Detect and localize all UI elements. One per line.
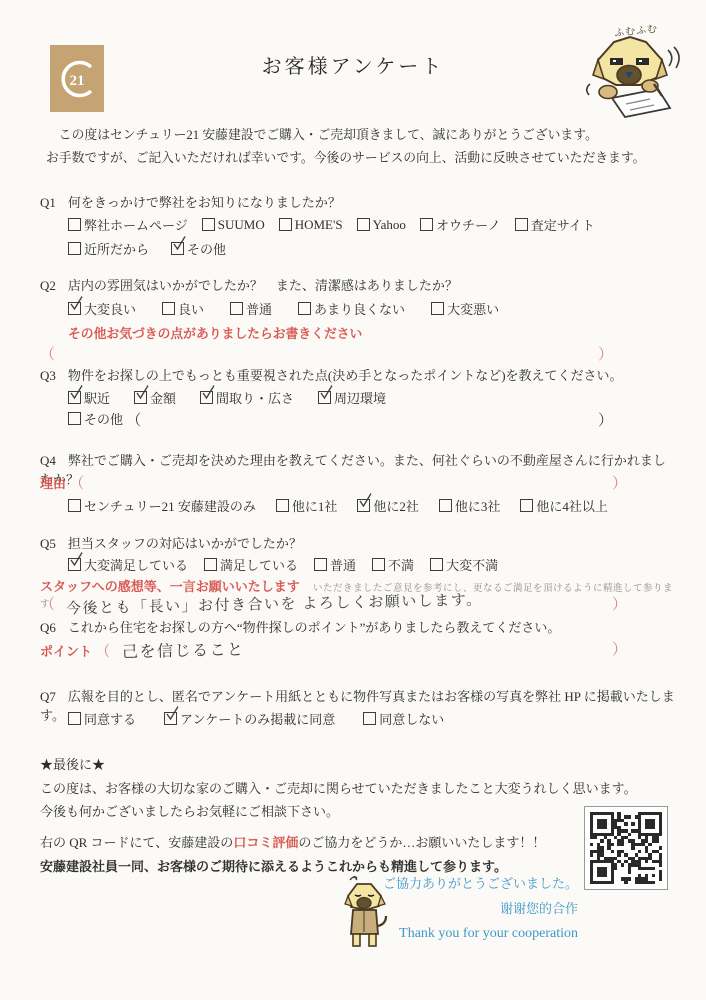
intro-paragraph: この度はセンチュリー21 安藤建設でご購入・ご売却頂きまして、誠にありがとうござ… xyxy=(46,124,666,170)
q2-answer-field[interactable]: （ ） xyxy=(40,343,676,364)
option-良い[interactable]: 良い xyxy=(162,299,204,318)
q4-reason-label: 理由 xyxy=(40,476,66,491)
checkbox[interactable] xyxy=(363,712,376,725)
checkbox[interactable] xyxy=(202,218,215,231)
option-label: 他に2社 xyxy=(373,496,419,515)
option-その他[interactable]: その他 xyxy=(171,239,226,258)
option-label: 同意する xyxy=(84,709,136,728)
check-mark xyxy=(200,384,217,401)
q6-number: Q6 xyxy=(40,620,56,635)
q3-other-field[interactable]: その他 （ ） xyxy=(40,409,676,430)
q6-paren-close: ） xyxy=(612,638,627,659)
option-駅近[interactable]: 駅近 xyxy=(68,388,110,407)
q5-number: Q5 xyxy=(40,536,56,551)
option-その他[interactable]: その他 xyxy=(68,409,123,428)
option-label: その他 xyxy=(84,409,123,428)
q5-answer-field[interactable]: （ 今後とも「長い」お付き合いを よろしくお願いします。 ） xyxy=(40,593,676,614)
checkbox[interactable] xyxy=(68,242,81,255)
option-label: 満足している xyxy=(220,555,298,574)
q4-reason-field[interactable]: 理由 （ ） xyxy=(40,472,676,493)
q3-text: 物件をお探しの上でもっとも重要視された点(決め手となったポイントなど)を教えてく… xyxy=(68,368,623,383)
checkbox-checked[interactable] xyxy=(134,391,147,404)
checkbox[interactable] xyxy=(279,218,292,231)
q2-number: Q2 xyxy=(40,278,56,293)
q5-note-red: スタッフへの感想等、一言お願いいたします xyxy=(40,579,300,594)
q4-number: Q4 xyxy=(40,453,56,468)
option-普通[interactable]: 普通 xyxy=(230,299,272,318)
checkbox[interactable] xyxy=(314,558,327,571)
checkbox[interactable] xyxy=(298,302,311,315)
survey-sheet: 21 お客様アンケート ふむふむ この度はセンチュリー21 安 xyxy=(0,0,706,1000)
checkbox[interactable] xyxy=(162,302,175,315)
checkbox[interactable] xyxy=(68,412,81,425)
q6-paren-open: （ xyxy=(95,644,110,660)
q2-options-row: 大変良い良い普通あまり良くない大変悪い xyxy=(40,299,676,318)
option-label: HOME'S xyxy=(295,217,343,233)
q3-options-row1: 駅近金額間取り・広さ周辺環境 xyxy=(40,388,676,407)
option-label: 他に1社 xyxy=(292,496,338,515)
checkbox[interactable] xyxy=(357,218,370,231)
check-mark xyxy=(318,384,335,401)
q3-options-row2: その他 xyxy=(68,409,123,428)
checkbox-checked[interactable] xyxy=(164,712,177,725)
option-近所だから[interactable]: 近所だから xyxy=(68,239,149,258)
option-label: 不満 xyxy=(388,555,414,574)
checkbox[interactable] xyxy=(68,499,81,512)
option-label: 良い xyxy=(178,299,204,318)
q2-paren-close: ） xyxy=(598,343,613,364)
option-金額[interactable]: 金額 xyxy=(134,388,176,407)
q4-paren-open: （ xyxy=(69,476,84,492)
checkbox-checked[interactable] xyxy=(68,558,81,571)
checkbox[interactable] xyxy=(204,558,217,571)
option-label: 大変満足している xyxy=(84,555,188,574)
dog-standing-icon xyxy=(340,874,392,952)
option-label: 他に4社以上 xyxy=(536,496,608,515)
closing-line-2: 今後も何かございましたらお気軽にご相談下さい。 xyxy=(40,800,676,824)
thanks-chinese: 谢谢您的合作 xyxy=(360,896,578,921)
q2-text: 店内の雰囲気はいかがでしたか？ また、清潔感はありましたか？ xyxy=(68,278,458,293)
option-label: センチュリー21 安藤建設のみ xyxy=(84,496,256,515)
thanks-block: ご協力ありがとうございました。 谢谢您的合作 Thank you for you… xyxy=(360,871,578,946)
option-他に2社[interactable]: 他に2社 xyxy=(357,496,419,515)
qr-line-highlight: 口コミ評価 xyxy=(233,835,298,850)
checkbox[interactable] xyxy=(68,712,81,725)
checkbox[interactable] xyxy=(430,558,443,571)
q3-paren-close: ） xyxy=(598,409,613,430)
closing-star: ★最後に★ xyxy=(40,753,676,777)
checkbox[interactable] xyxy=(420,218,433,231)
q7-number: Q7 xyxy=(40,689,56,704)
q5-options-row: 大変満足している満足している普通不満大変不満 xyxy=(40,555,676,574)
option-label: 金額 xyxy=(150,388,176,407)
q5-paren-close: ） xyxy=(612,593,627,614)
question-q3: Q3物件をお探しの上でもっとも重要視された点(決め手となったポイントなど)を教え… xyxy=(40,365,676,384)
question-q1: Q1何をきっかけで弊社をお知りになりましたか？ xyxy=(40,192,676,211)
option-label: 他に3社 xyxy=(455,496,501,515)
option-大変良い[interactable]: 大変良い xyxy=(68,299,136,318)
option-大変満足している[interactable]: 大変満足している xyxy=(68,555,188,574)
q2-note-red: その他お気づきの点がありましたらお書きください xyxy=(40,323,676,342)
q6-answer-field[interactable]: ポイント （ 己を信じること ） xyxy=(40,638,676,661)
qr-request-line: 右の QR コードにて、安藤建設の口コミ評価のご協力をどうか…お願いいたします！… xyxy=(40,832,580,851)
qr-pattern xyxy=(590,812,662,884)
option-他に3社[interactable]: 他に3社 xyxy=(439,496,501,515)
option-同意する[interactable]: 同意する xyxy=(68,709,136,728)
checkbox-checked[interactable] xyxy=(318,391,331,404)
option-同意しない[interactable]: 同意しない xyxy=(363,709,444,728)
q1-number: Q1 xyxy=(40,195,56,210)
q1-text: 何をきっかけで弊社をお知りになりましたか？ xyxy=(68,195,341,210)
option-あまり良くない[interactable]: あまり良くない xyxy=(298,299,405,318)
qr-line-pre: 右の QR コードにて、安藤建設の xyxy=(40,835,233,850)
q5-handwritten-answer: 今後とも「長い」お付き合いを よろしくお願いします。 xyxy=(66,589,483,619)
option-label: 弊社ホームページ xyxy=(84,215,188,234)
q1-options-row2: 近所だからその他 xyxy=(40,239,676,258)
option-label: 間取り・広さ xyxy=(216,388,294,407)
option-label: Yahoo xyxy=(373,217,406,233)
checkbox-checked[interactable] xyxy=(68,391,81,404)
check-mark xyxy=(164,705,181,722)
thanks-english: Thank you for your cooperation xyxy=(360,921,578,946)
check-mark xyxy=(68,551,85,568)
q6-handwritten-answer: 己を信じること xyxy=(121,637,244,663)
option-label: 大変不満 xyxy=(446,555,498,574)
option-大変悪い[interactable]: 大変悪い xyxy=(431,299,499,318)
check-mark xyxy=(134,384,151,401)
check-mark xyxy=(357,492,374,509)
closing-line-1: この度は、お客様の大切な家のご購入・ご売却に関らせていただきましたこと大変うれし… xyxy=(40,777,676,801)
checkbox[interactable] xyxy=(372,558,385,571)
option-label: SUUMO xyxy=(218,217,265,233)
option-HOME'S[interactable]: HOME'S xyxy=(279,217,343,233)
closing-block: ★最後に★ この度は、お客様の大切な家のご購入・ご売却に関らせていただきましたこ… xyxy=(40,753,676,824)
option-label: 大変悪い xyxy=(447,299,499,318)
option-アンケートのみ掲載に同意[interactable]: アンケートのみ掲載に同意 xyxy=(164,709,335,728)
checkbox-checked[interactable] xyxy=(171,242,184,255)
q5-text: 担当スタッフの対応はいかがでしたか？ xyxy=(68,536,302,551)
option-査定サイト[interactable]: 査定サイト xyxy=(515,215,595,234)
option-label: オウチーノ xyxy=(436,215,501,234)
dog-mascot-writing: ふむふむ xyxy=(578,22,683,122)
q2-paren-open: （ xyxy=(40,347,55,363)
option-label: 同意しない xyxy=(379,709,444,728)
option-他に4社以上[interactable]: 他に4社以上 xyxy=(520,496,608,515)
checkbox[interactable] xyxy=(439,499,452,512)
option-満足している[interactable]: 満足している xyxy=(204,555,298,574)
option-label: あまり良くない xyxy=(314,299,405,318)
q3-number: Q3 xyxy=(40,368,56,383)
option-label: 駅近 xyxy=(84,388,110,407)
option-不満[interactable]: 不満 xyxy=(372,555,414,574)
option-label: 普通 xyxy=(330,555,356,574)
q7-options-row: 同意するアンケートのみ掲載に同意同意しない xyxy=(40,709,676,728)
option-他に1社[interactable]: 他に1社 xyxy=(276,496,338,515)
dog-mascot-standing xyxy=(340,874,392,952)
thanks-japanese: ご協力ありがとうございました。 xyxy=(360,871,578,896)
intro-line-1: この度はセンチュリー21 安藤建設でご購入・ご売却頂きまして、誠にありがとうござ… xyxy=(46,124,666,147)
option-間取り・広さ[interactable]: 間取り・広さ xyxy=(200,388,294,407)
checkbox[interactable] xyxy=(230,302,243,315)
option-label: 大変良い xyxy=(84,299,136,318)
intro-line-2: お手数ですが、ご記入いただければ幸いです。今後のサービスの向上、活動に反映させて… xyxy=(46,147,666,170)
checkbox-checked[interactable] xyxy=(200,391,213,404)
checkbox[interactable] xyxy=(68,218,81,231)
checkbox[interactable] xyxy=(431,302,444,315)
option-センチュリー21 安藤建設のみ[interactable]: センチュリー21 安藤建設のみ xyxy=(68,496,256,515)
check-mark xyxy=(171,235,188,252)
checkbox-checked[interactable] xyxy=(68,302,81,315)
q4-paren-close: ） xyxy=(612,472,627,493)
q4-options-row: センチュリー21 安藤建設のみ他に1社他に2社他に3社他に4社以上 xyxy=(40,496,676,515)
option-label: 近所だから xyxy=(84,239,149,258)
question-q2: Q2店内の雰囲気はいかがでしたか？ また、清潔感はありましたか？ xyxy=(40,275,676,294)
check-mark xyxy=(68,295,85,312)
option-普通[interactable]: 普通 xyxy=(314,555,356,574)
checkbox[interactable] xyxy=(520,499,533,512)
qr-line-post: のご協力をどうか…お願いいたします！！ xyxy=(298,835,545,850)
qr-code xyxy=(584,806,668,890)
option-大変不満[interactable]: 大変不満 xyxy=(430,555,498,574)
q5-paren-open: （ xyxy=(40,597,55,613)
option-label: 査定サイト xyxy=(531,215,595,234)
q6-point-label: ポイント xyxy=(40,644,92,659)
option-オウチーノ[interactable]: オウチーノ xyxy=(420,215,501,234)
option-弊社ホームページ[interactable]: 弊社ホームページ xyxy=(68,215,188,234)
option-SUUMO[interactable]: SUUMO xyxy=(202,217,265,233)
checkbox[interactable] xyxy=(276,499,289,512)
option-label: 周辺環境 xyxy=(334,388,386,407)
option-Yahoo[interactable]: Yahoo xyxy=(357,217,406,233)
question-q6: Q6これから住宅をお探しの方へ“物件探しのポイント”がありましたら教えてください… xyxy=(40,617,676,636)
option-周辺環境[interactable]: 周辺環境 xyxy=(318,388,386,407)
q3-paren-open: （ xyxy=(126,413,141,429)
q1-options-row1: 弊社ホームページSUUMOHOME'SYahooオウチーノ査定サイト xyxy=(40,215,676,234)
check-mark xyxy=(68,384,85,401)
option-label: 普通 xyxy=(246,299,272,318)
question-q5: Q5担当スタッフの対応はいかがでしたか？ xyxy=(40,533,676,552)
checkbox-checked[interactable] xyxy=(357,499,370,512)
option-label: その他 xyxy=(187,239,226,258)
option-label: アンケートのみ掲載に同意 xyxy=(180,709,335,728)
checkbox[interactable] xyxy=(515,218,528,231)
q6-text: これから住宅をお探しの方へ“物件探しのポイント”がありましたら教えてください。 xyxy=(68,620,561,635)
